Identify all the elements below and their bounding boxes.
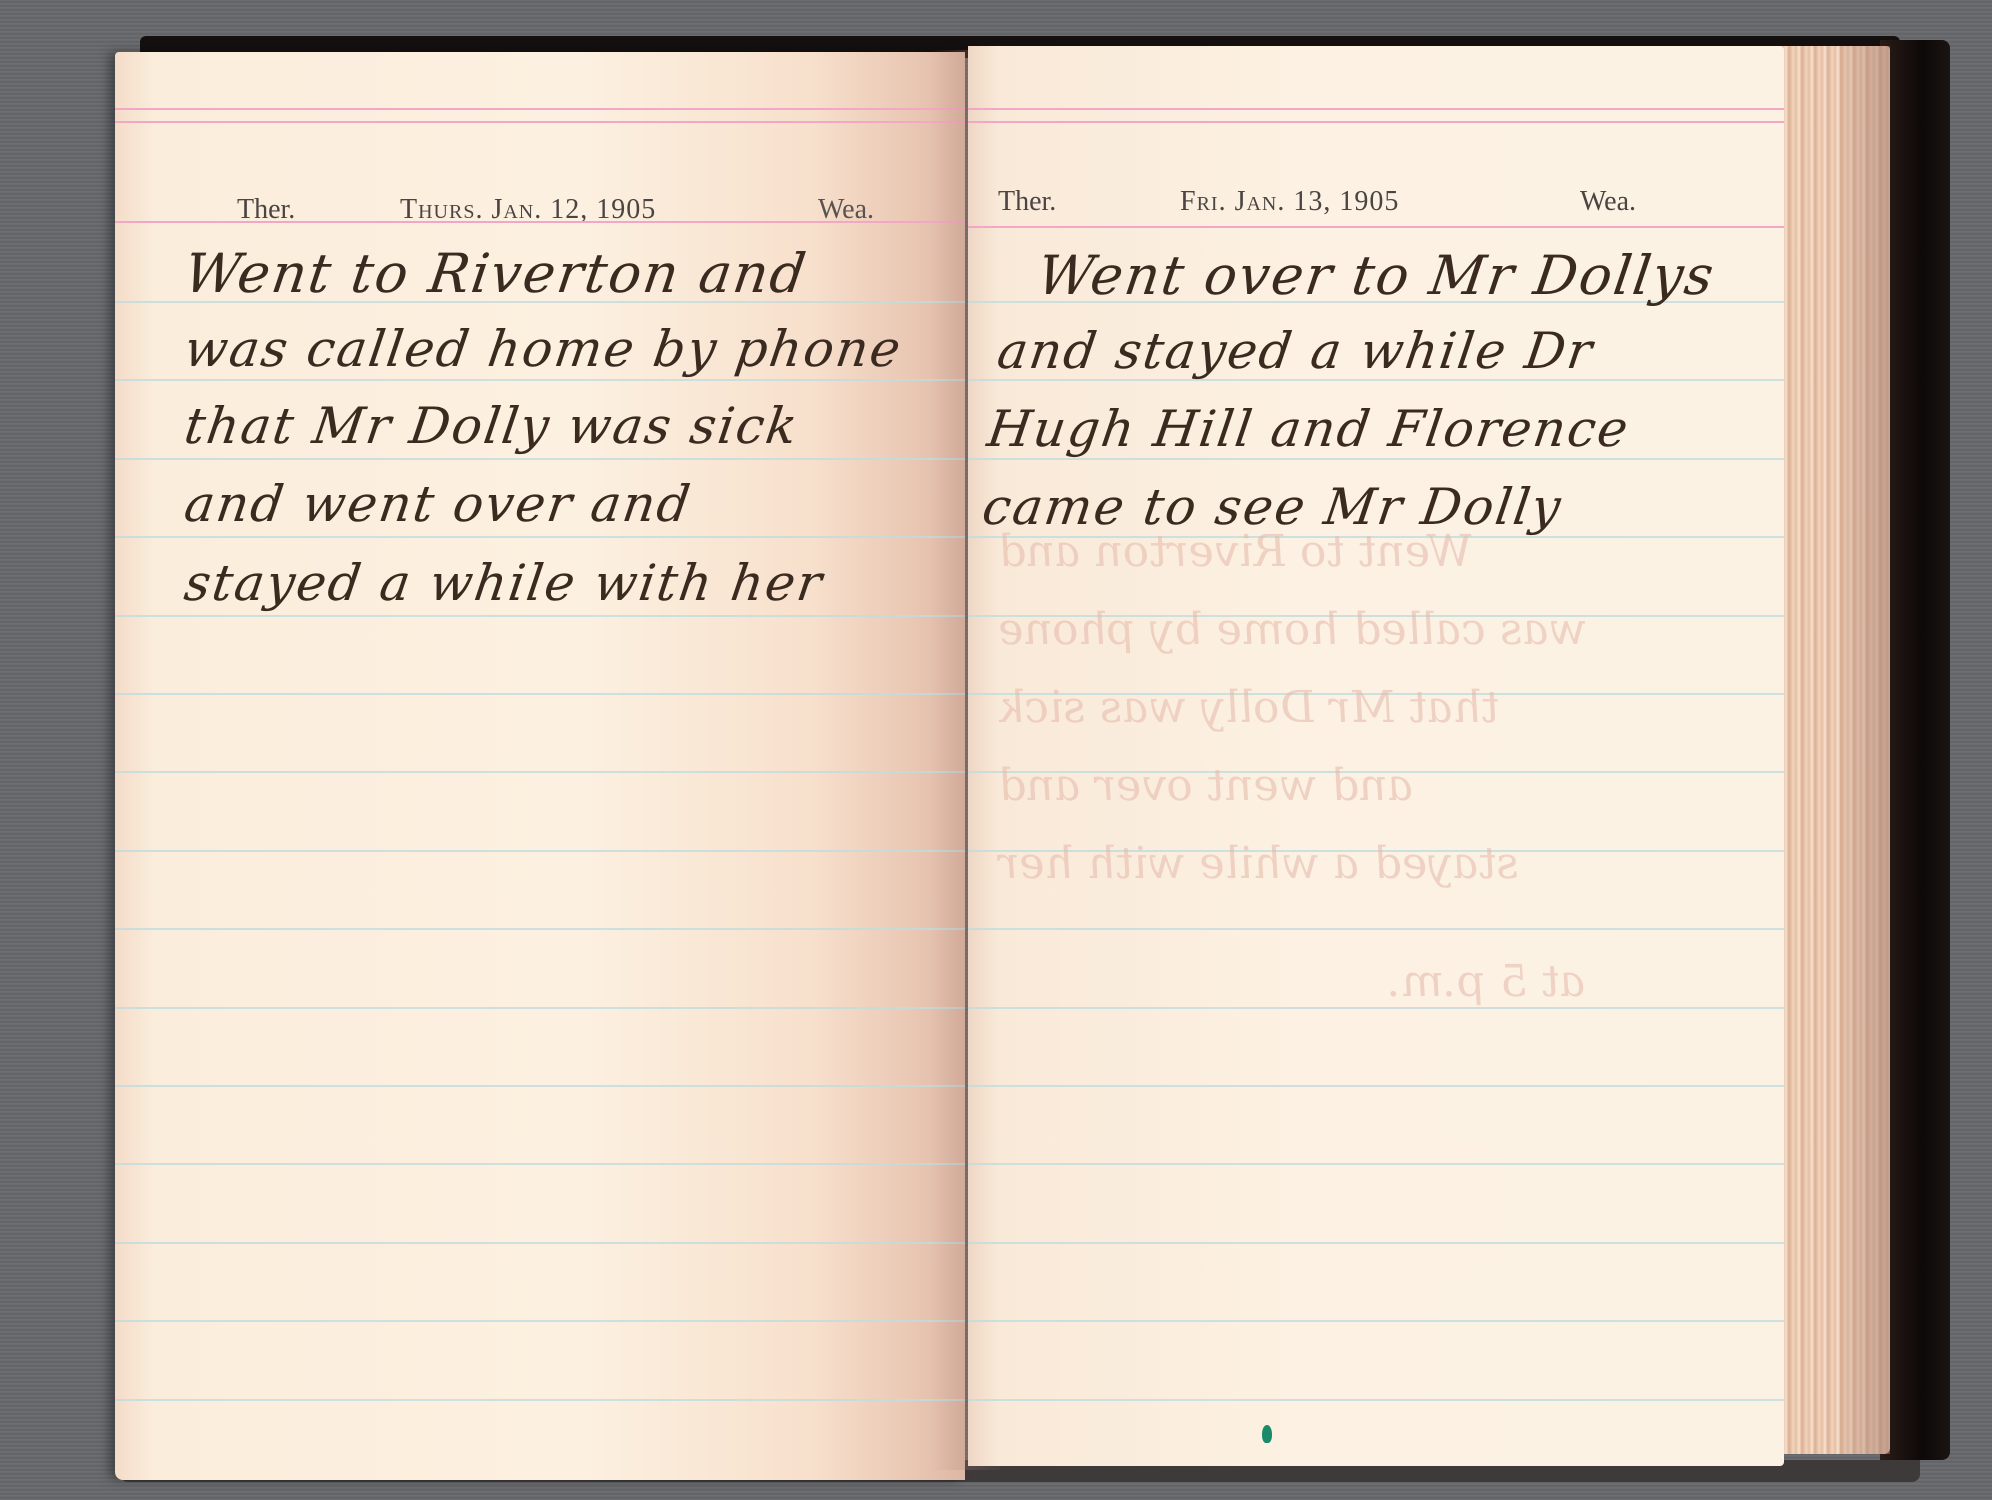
pink-rule-top-1	[968, 108, 1784, 110]
blue-rule	[115, 771, 965, 773]
blue-rule	[115, 1242, 965, 1244]
bleed-through-line: was called home by phone	[994, 604, 1590, 655]
entry-line: was called home by phone	[181, 320, 906, 378]
blue-rule	[115, 693, 965, 695]
pink-rule-header-bottom	[968, 226, 1784, 228]
pink-rule-top-1	[115, 108, 965, 110]
page-edges	[1780, 46, 1890, 1454]
bleed-through-line: and went over and	[994, 760, 1417, 811]
blue-rule	[115, 1163, 965, 1165]
blue-rule	[115, 1007, 965, 1009]
book-cover-right	[1880, 40, 1950, 1460]
blue-rule	[968, 1320, 1784, 1322]
blue-rule	[968, 1085, 1784, 1087]
blue-rule	[115, 615, 965, 617]
blue-rule	[968, 458, 1784, 460]
blue-rule	[115, 536, 965, 538]
ink-speck	[1262, 1425, 1272, 1443]
wea-label: Wea.	[1580, 186, 1636, 218]
blue-rule	[968, 1007, 1784, 1009]
page-edges-shade	[1840, 46, 1890, 1454]
blue-rule	[115, 1085, 965, 1087]
entry-line: Went over to Mr Dollys	[1034, 244, 1720, 307]
left-page-header: Ther. Thurs. Jan. 12, 1905 Wea.	[115, 194, 965, 234]
bleed-through-line: stayed a while with her	[994, 838, 1522, 889]
entry-line: came to see Mr Dolly	[979, 478, 1566, 536]
blue-rule	[115, 379, 965, 381]
left-page: Ther. Thurs. Jan. 12, 1905 Wea. Went to …	[115, 52, 965, 1480]
right-page-header: Ther. Fri. Jan. 13, 1905 Wea.	[968, 186, 1784, 226]
blue-rule	[968, 1399, 1784, 1401]
blue-rule	[115, 928, 965, 930]
ther-label: Ther.	[998, 186, 1056, 218]
blue-rule	[115, 458, 965, 460]
bleed-through-line: that Mr Dolly was sick	[994, 682, 1502, 733]
entry-line: Hugh Hill and Florence	[984, 400, 1634, 458]
entry-line: Went to Riverton and	[181, 242, 812, 305]
pink-rule-top-2	[115, 121, 965, 123]
entry-line: and went over and	[181, 475, 695, 533]
right-page: Ther. Fri. Jan. 13, 1905 Wea. Went to Ri…	[968, 46, 1784, 1466]
entry-line: that Mr Dolly was sick	[181, 397, 803, 455]
blue-rule	[115, 850, 965, 852]
blue-rule	[968, 928, 1784, 930]
bleed-through-line: at 5 p.m.	[1384, 956, 1589, 1007]
entry-line: and stayed a while Dr	[994, 322, 1598, 380]
pink-rule-top-2	[968, 121, 1784, 123]
blue-rule	[115, 1399, 965, 1401]
page-date: Fri. Jan. 13, 1905	[1180, 186, 1399, 218]
blue-rule	[968, 1242, 1784, 1244]
entry-line: stayed a while with her	[181, 554, 827, 612]
pink-rule-header-bottom	[115, 221, 965, 223]
blue-rule	[115, 1320, 965, 1322]
blue-rule	[968, 1163, 1784, 1165]
